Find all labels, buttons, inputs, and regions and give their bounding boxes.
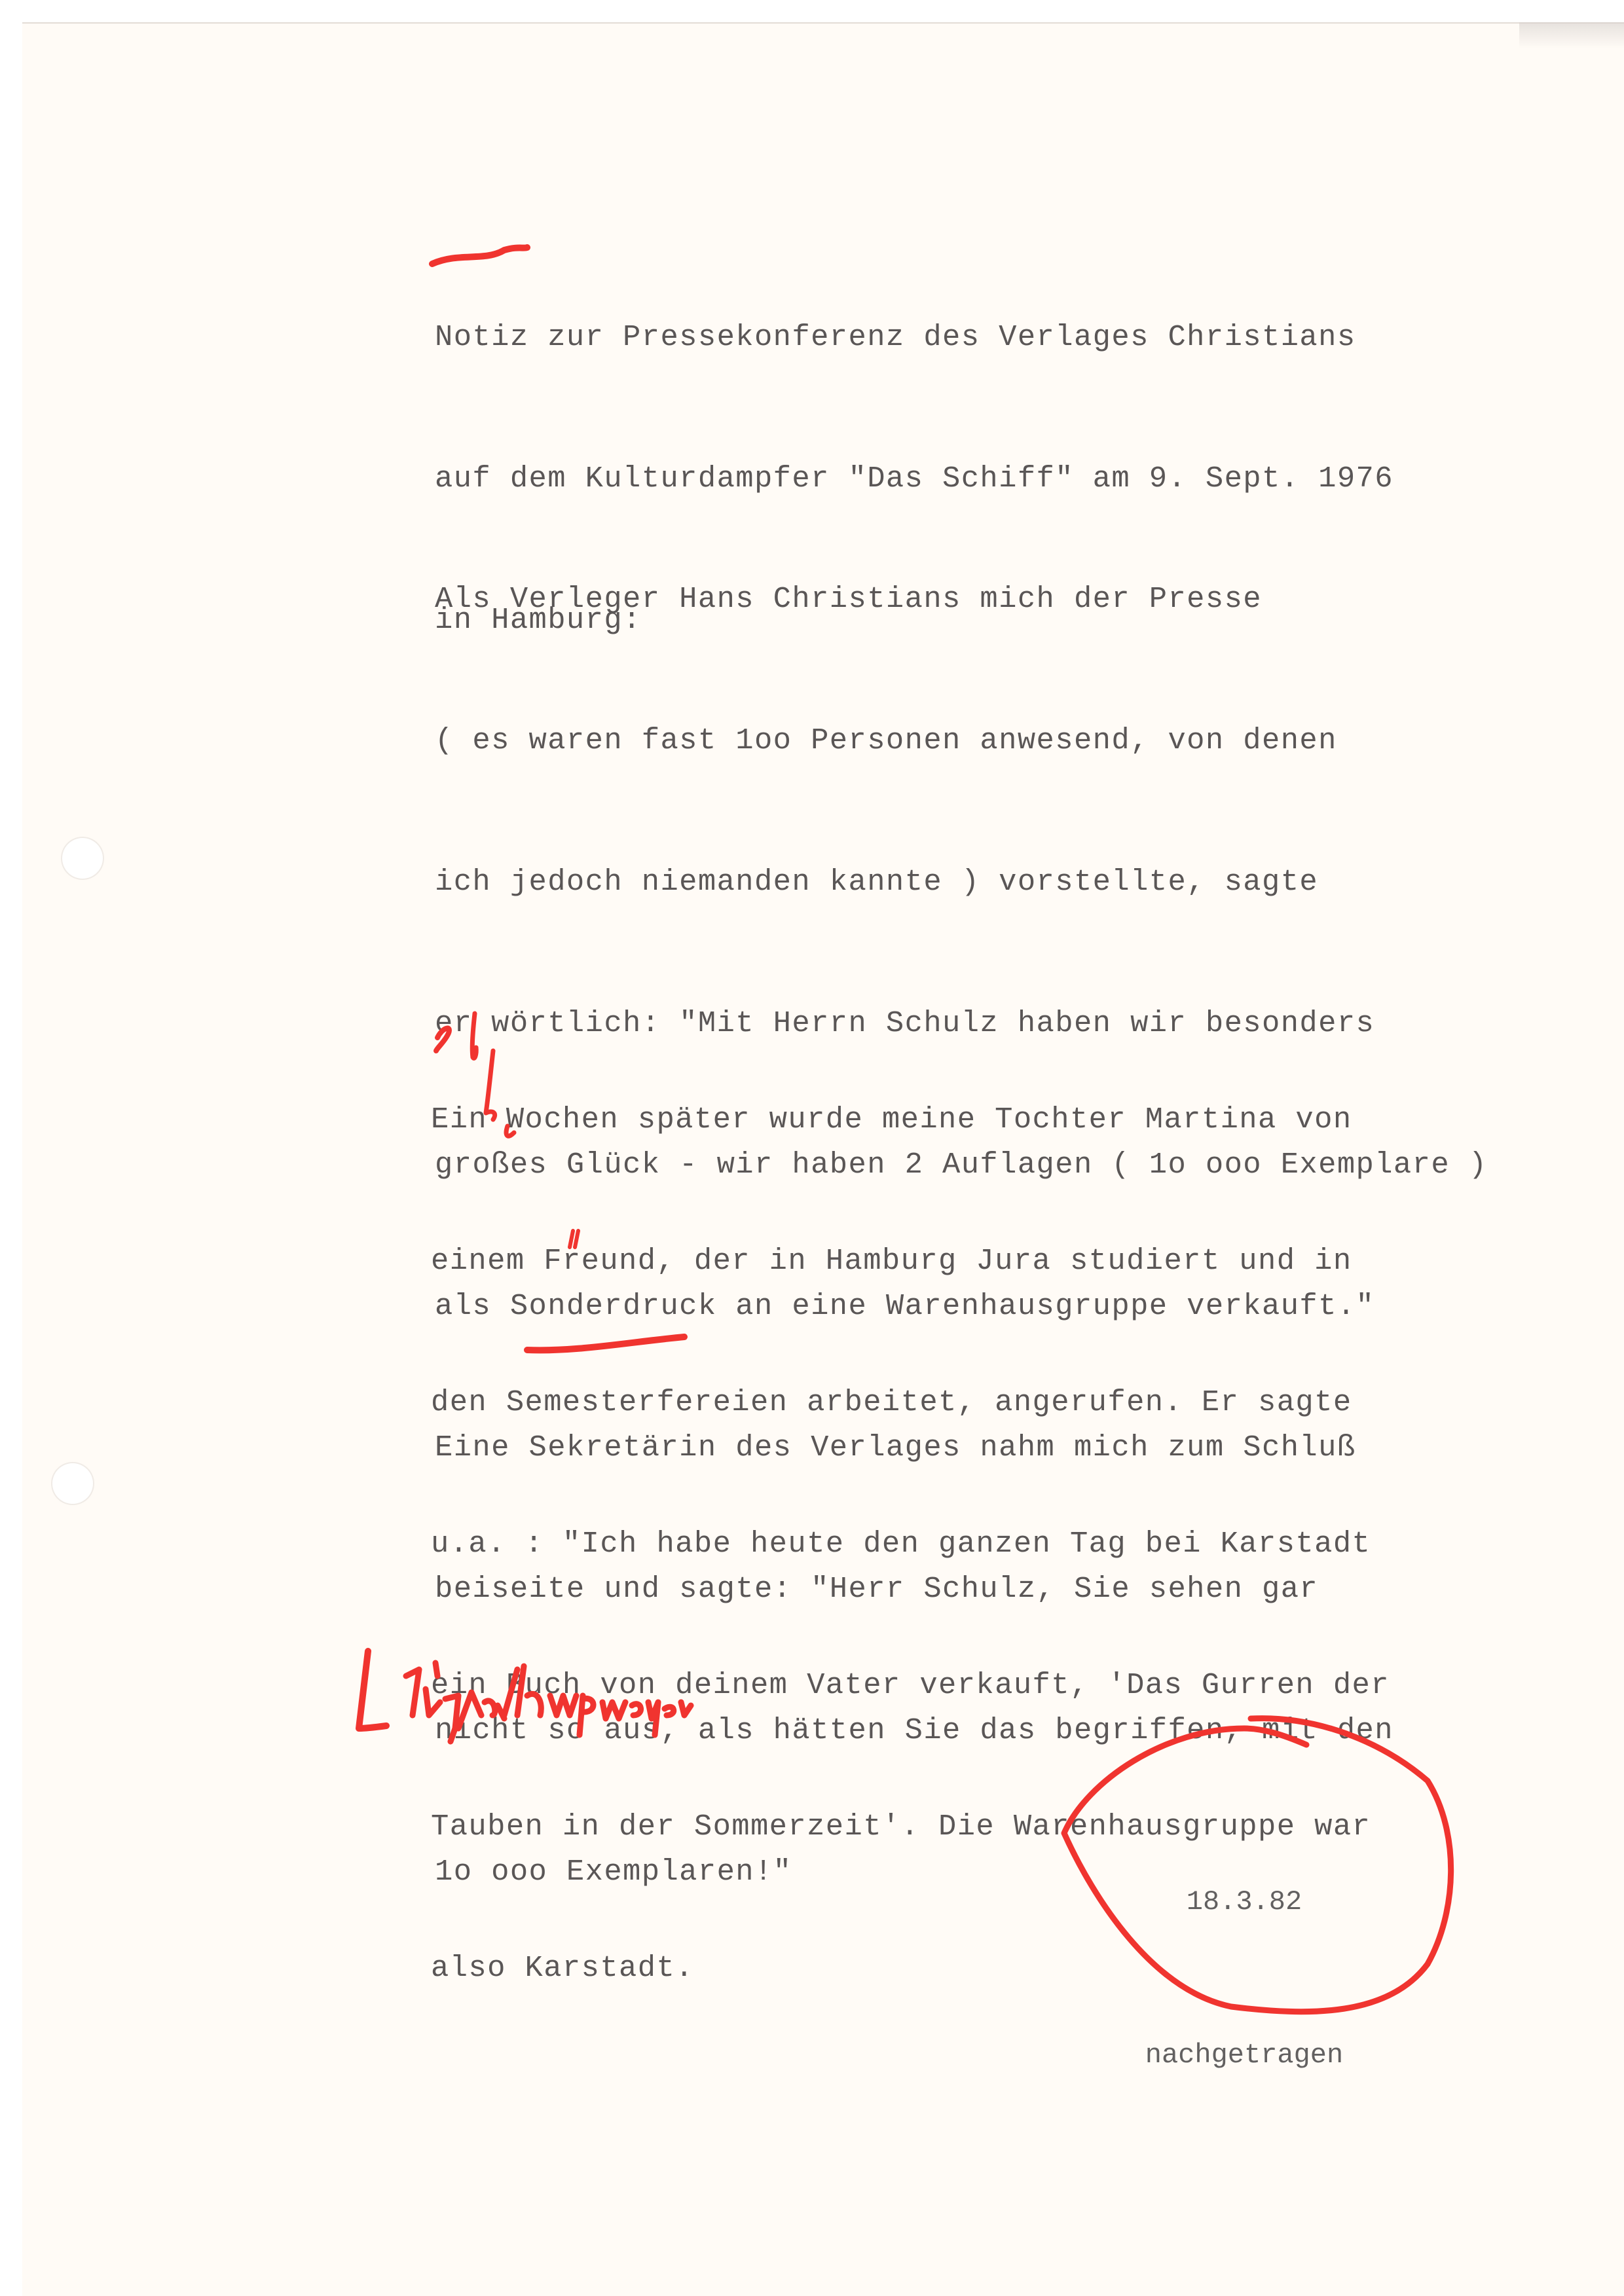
underline-karstadt xyxy=(527,1337,684,1350)
note-date: 18.3.82 xyxy=(1080,1876,1408,1927)
signature-juergen xyxy=(406,1663,504,1741)
signature-kampmeyer xyxy=(504,1666,691,1735)
circled-note: 18.3.82 nachgetragen xyxy=(1080,1774,1408,2132)
insert-quote-mark xyxy=(570,1231,578,1247)
note-label: nachgetragen xyxy=(1080,2030,1408,2081)
signature-l xyxy=(359,1651,386,1728)
delete-mark-freund xyxy=(486,1051,495,1120)
insert-e-mark xyxy=(436,1029,449,1051)
delete-mark-wochen xyxy=(472,1013,476,1058)
underline-notiz xyxy=(432,247,527,264)
delete-mark-semester xyxy=(506,1126,514,1136)
